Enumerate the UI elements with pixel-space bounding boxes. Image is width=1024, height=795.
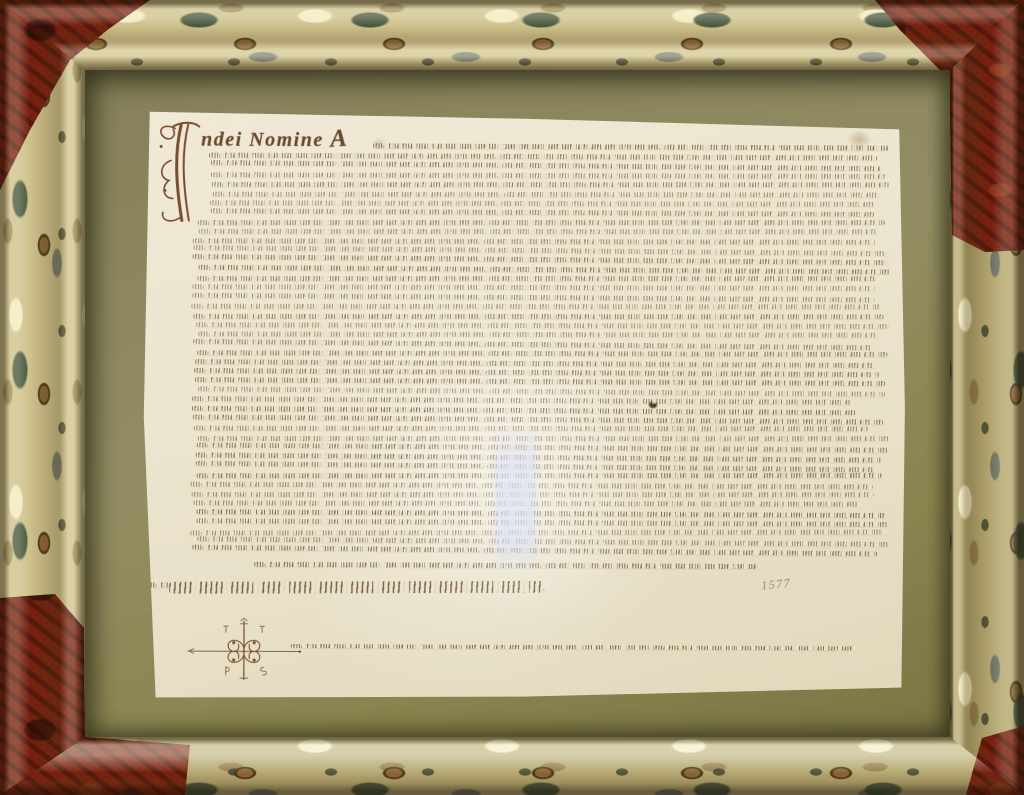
script-line [194, 313, 884, 318]
script-line [198, 220, 885, 225]
attestation-line [291, 644, 857, 650]
script-line [198, 229, 879, 234]
framed-document-photo: ndei NomineA 1577 [0, 0, 1024, 795]
script-line [193, 284, 875, 291]
script-line [213, 191, 880, 197]
script-line [193, 293, 875, 303]
heading-amen-initial: A [329, 125, 349, 154]
heading-words: ndei Nomine [201, 129, 324, 152]
script-line [209, 153, 877, 161]
script-line [197, 276, 876, 281]
script-line [196, 322, 889, 329]
script-line [211, 160, 881, 171]
script-line [211, 172, 885, 179]
script-line [211, 209, 874, 218]
script-line [210, 200, 875, 207]
script-line [192, 304, 881, 310]
parchment-document: ndei NomineA 1577 [139, 106, 910, 706]
script-line [192, 254, 889, 265]
script-line [198, 264, 889, 274]
glass-reflection-streak [495, 426, 536, 578]
document-heading: ndei NomineA [201, 125, 348, 154]
date-inscription: 1577 [761, 576, 792, 594]
script-line [193, 238, 876, 245]
heading-line-continuation [373, 143, 889, 150]
notarial-sign-icon [185, 611, 303, 690]
script-line [212, 182, 889, 187]
